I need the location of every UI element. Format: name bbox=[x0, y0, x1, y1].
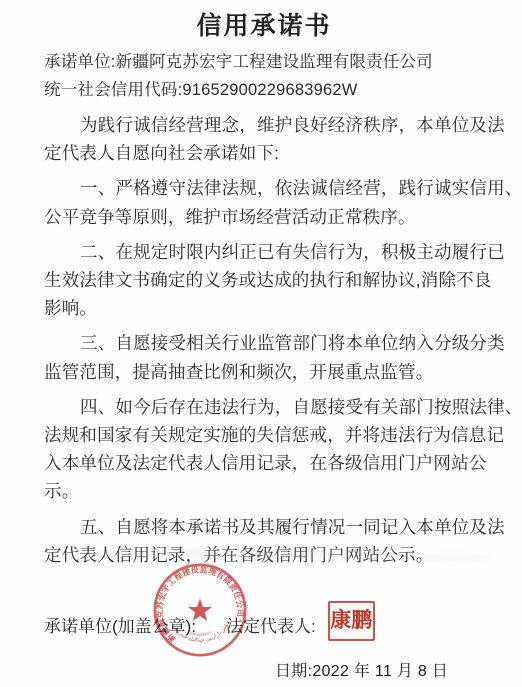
body-line: 五、自愿将本承诺书及其履行情况一同记入本单位及法 bbox=[44, 513, 484, 541]
intro-paragraph: 为践行诚信经营理念，维护良好经济秩序，本单位及法 定代表人自愿向社会承诺如下: bbox=[44, 111, 484, 167]
clause-4-paragraph: 四、如今后存在违法行为，自愿接受有关部门按照法律、 法规和国家有关规定实施的失信… bbox=[44, 393, 484, 506]
personal-name-seal: 康鹏 bbox=[328, 601, 375, 641]
body-line: 为践行诚信经营理念，维护良好经济秩序，本单位及法 bbox=[44, 111, 484, 139]
signature-row: 承诺单位(加盖公章): 法定代表人: 康鹏 bbox=[44, 607, 484, 647]
scan-smudge bbox=[70, 549, 410, 558]
clause-1-paragraph: 一、严格遵守法律法规，依法诚信经营，践行诚实信用、 公平竞争等原则，维护市场经营… bbox=[44, 174, 484, 230]
body-line: 二、在规定时限内纠正已有失信行为，积极主动履行已 bbox=[44, 238, 484, 266]
commitment-body: 为践行诚信经营理念，维护良好经济秩序，本单位及法 定代表人自愿向社会承诺如下: … bbox=[44, 111, 484, 569]
date-line: 日期:2022 年 11 月 8 日 bbox=[275, 658, 484, 681]
scan-smudge bbox=[420, 555, 490, 562]
committing-unit-line: 承诺单位:新疆阿克苏宏宇工程建设监理有限责任公司 bbox=[44, 48, 484, 76]
body-line: 定代表人自愿向社会承诺如下: bbox=[44, 139, 484, 167]
clause-3-paragraph: 三、自愿接受相关行业监管部门将本单位纳入分级分类 监管范围，提高抽查比例和频次，… bbox=[44, 329, 484, 385]
body-line: 四、如今后存在违法行为，自愿接受有关部门按照法律、 bbox=[44, 393, 484, 421]
scanned-document-page: 信用承诺书 承诺单位:新疆阿克苏宏宇工程建设监理有限责任公司 统一社会信用代码:… bbox=[0, 0, 522, 687]
body-line: 生效法律文书确定的义务或达成的执行和解协议,消除不良 bbox=[44, 266, 484, 294]
body-line: 示。 bbox=[44, 477, 484, 505]
seal-star-icon bbox=[188, 598, 212, 621]
clause-2-paragraph: 二、在规定时限内纠正已有失信行为，积极主动履行已 生效法律文书确定的义务或达成的… bbox=[44, 238, 484, 323]
body-line: 三、自愿接受相关行业监管部门将本单位纳入分级分类 bbox=[44, 329, 484, 357]
body-line: 入本单位及法定代表人信用记录，在各级信用门户网站公 bbox=[44, 449, 484, 477]
page-title: 信用承诺书 bbox=[44, 6, 484, 42]
body-line: 法规和国家有关规定实施的失信惩戒，并将违法行为信息记 bbox=[44, 421, 484, 449]
clause-5-paragraph: 五、自愿将本承诺书及其履行情况一同记入本单位及法 定代表人信用记录，并在各级信用… bbox=[44, 513, 484, 569]
body-line: 影响。 bbox=[44, 294, 484, 322]
company-round-seal: 新疆阿克苏宏宇工程建设监理有限责任公司 شىنجاڭ ئاقسۇ ھوڭيۈ ق… bbox=[152, 562, 248, 658]
svg-text:6128010000619: 6128010000619 bbox=[187, 630, 212, 637]
seal-serial-number: 6128010000619 bbox=[187, 630, 212, 637]
body-line: 公平竞争等原则，维护市场经营活动正常秩序。 bbox=[44, 203, 484, 231]
body-line: 监管范围，提高抽查比例和频次，开展重点监管。 bbox=[44, 358, 484, 386]
credit-code-line: 统一社会信用代码:91652900229683962W bbox=[44, 76, 484, 104]
body-line: 一、严格遵守法律法规，依法诚信经营，践行诚实信用、 bbox=[44, 174, 484, 202]
